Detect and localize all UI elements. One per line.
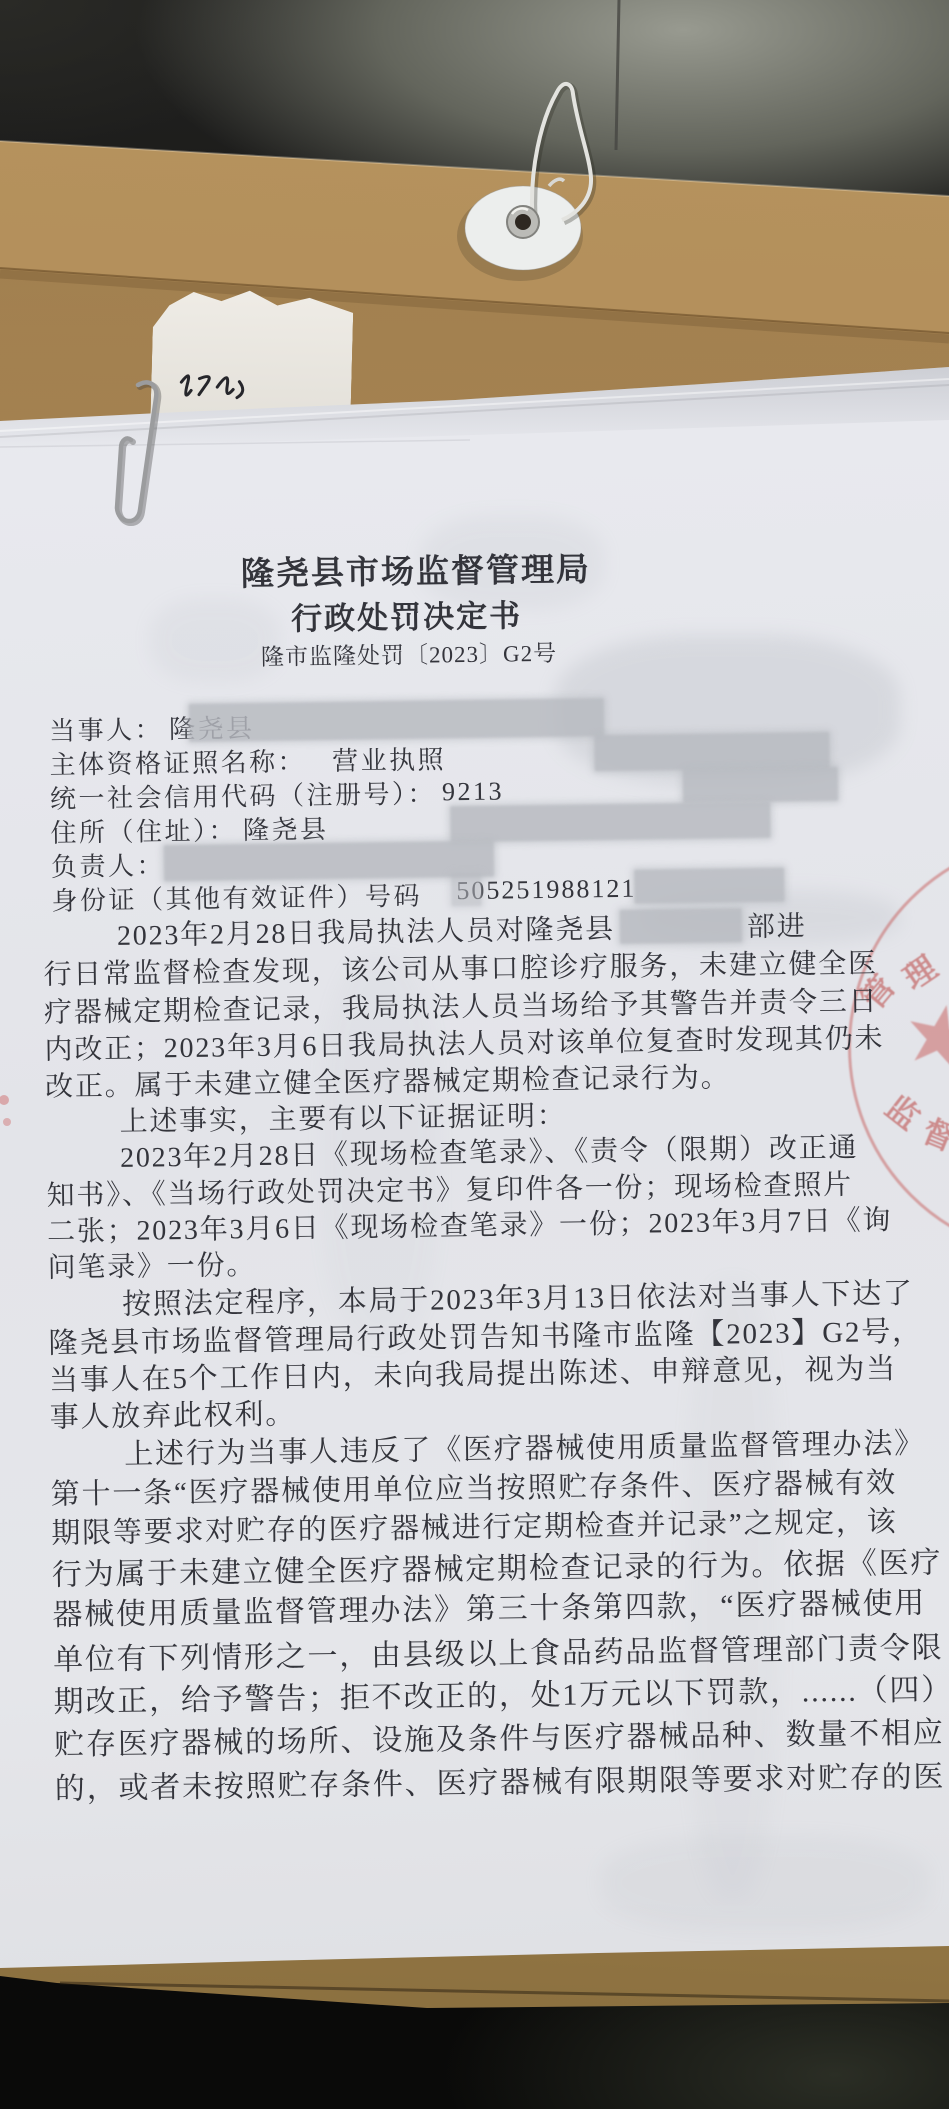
field-value: 9213 bbox=[442, 776, 504, 807]
id-number-value: 505251988121 bbox=[456, 874, 636, 907]
redaction-box bbox=[594, 732, 829, 771]
redaction-box bbox=[164, 841, 494, 882]
redaction-box bbox=[683, 767, 838, 803]
redaction-box bbox=[450, 802, 770, 842]
redaction-box bbox=[620, 908, 742, 944]
photo-of-penalty-document: ★ 管 理 监 督 隆尧县市场监督管理局 行政处罚决定书 隆市监隆处罚〔2023… bbox=[0, 0, 949, 2109]
field-label: 当事人： bbox=[49, 709, 164, 748]
redaction-box bbox=[634, 868, 784, 904]
field-value: 隆尧县 bbox=[243, 809, 329, 847]
handwriting-strokes bbox=[181, 376, 243, 398]
field-label: 负责人： bbox=[51, 845, 166, 884]
redaction-box bbox=[451, 874, 481, 906]
redaction-box bbox=[189, 698, 604, 742]
body-text: 部进 bbox=[747, 904, 807, 945]
table-edge-line bbox=[616, 0, 619, 150]
field-value: 营业执照 bbox=[332, 739, 447, 778]
field-row-responsible-person: 负责人： bbox=[51, 845, 166, 884]
